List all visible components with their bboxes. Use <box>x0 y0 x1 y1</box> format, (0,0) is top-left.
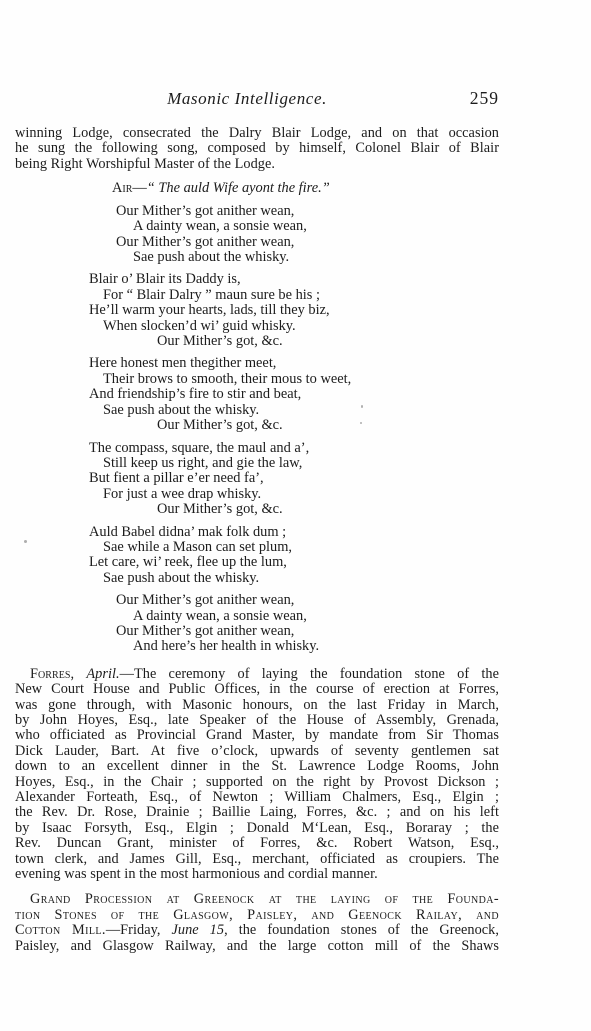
poem-refrain-line: Our Mither’s got, &c. <box>157 418 499 433</box>
prose-line: by John Hoyes, Esq., late Speaker of the… <box>15 713 499 728</box>
book-page: Masonic Intelligence. 259 winning Lodge,… <box>0 0 591 1031</box>
prose-line-dateline: Forres, April.—The ceremony of laying th… <box>15 667 499 682</box>
poem-line: Our Mither’s got anither wean, <box>116 235 499 250</box>
prose-line: Rev. Duncan Grant, minister of Forres, &… <box>15 836 499 851</box>
prose-line: Paisley, and Glasgow Railway, and the la… <box>15 939 499 954</box>
poem-line: Here honest men thegither meet, <box>89 356 499 371</box>
greenock-article: Grand Procession at Greenock at the layi… <box>15 892 499 954</box>
poem-line: Let care, wi’ reek, flee up the lum, <box>89 555 499 570</box>
poem-line: When slocken’d wi’ guid whisky. <box>103 319 499 334</box>
scan-speck <box>361 405 363 408</box>
poem-line: The compass, square, the maul and a’, <box>89 441 499 456</box>
prose-line: who officiated as Provincial Grand Maste… <box>15 728 499 743</box>
poem-line: For “ Blair Dalry ” maun sure be his ; <box>103 288 499 303</box>
song-air-heading: Air—“ The auld Wife ayont the fire.” <box>112 181 499 197</box>
dateline-month: April. <box>86 666 119 682</box>
poem-line: Sae while a Mason can set plum, <box>103 540 499 555</box>
poem-line: He’ll warm your hearts, lads, till they … <box>89 303 499 318</box>
prose-line: he sung the following song, composed by … <box>15 141 499 156</box>
air-label: Air— <box>112 180 147 196</box>
poem-line: Our Mither’s got anither wean, <box>116 624 499 639</box>
prose-line-smallcaps: Grand Procession at Greenock at the layi… <box>15 892 499 907</box>
prose-segment: —The ceremony of laying the foundation s… <box>120 666 499 682</box>
prose-line: town clerk, and James Gill, Esq., mercha… <box>15 852 499 867</box>
prose-line: Hoyes, Esq., in the Chair ; supported on… <box>15 775 499 790</box>
poem-line: And friendship’s fire to stir and beat, <box>89 387 499 402</box>
running-header: Masonic Intelligence. 259 <box>15 0 499 109</box>
dateline-place: Forres, <box>30 666 74 682</box>
poem-refrain-line: Our Mither’s got, &c. <box>157 502 499 517</box>
poem-line: For just a wee drap whisky. <box>103 487 499 502</box>
prose-line-smallcaps: tion Stones of the Glasgow, Paisley, and… <box>15 908 499 923</box>
prose-line: being Right Worshipful Master of the Lod… <box>15 157 499 172</box>
song-stanza-5: Auld Babel didna’ mak folk dum ; Sae whi… <box>15 525 499 587</box>
song-stanza-4: The compass, square, the maul and a’, St… <box>15 441 499 518</box>
scan-speck <box>24 540 27 543</box>
poem-line: A dainty wean, a sonsie wean, <box>133 219 499 234</box>
prose-line: winning Lodge, consecrated the Dalry Bla… <box>15 126 499 141</box>
prose-line: by Isaac Forsyth, Esq., Elgin ; Donald M… <box>15 821 499 836</box>
prose-line-mixed: Cotton Mill.—Friday, June 15, the founda… <box>15 923 499 938</box>
prose-line: the Rev. Dr. Rose, Drainie ; Baillie Lai… <box>15 805 499 820</box>
poem-line: Blair o’ Blair its Daddy is, <box>89 272 499 287</box>
poem-line: Still keep us right, and gie the law, <box>103 456 499 471</box>
poem-line: Our Mither’s got anither wean, <box>116 204 499 219</box>
prose-line: Alexander Forteath, Esq., of Newton ; Wi… <box>15 790 499 805</box>
prose-segment: —Friday, <box>106 922 172 938</box>
song-chorus-closing: Our Mither’s got anither wean, A dainty … <box>15 593 499 655</box>
prose-line: Dick Lauder, Bart. At five o’clock, upwa… <box>15 744 499 759</box>
poem-line: Our Mither’s got anither wean, <box>116 593 499 608</box>
prose-line: New Court House and Public Offices, in t… <box>15 682 499 697</box>
intro-paragraph: winning Lodge, consecrated the Dalry Bla… <box>15 126 499 172</box>
air-tune-title: “ The auld Wife ayont the fire.” <box>147 180 330 196</box>
song-stanza-2: Blair o’ Blair its Daddy is, For “ Blair… <box>15 272 499 349</box>
poem-line: Sae push about the whisky. <box>103 571 499 586</box>
song-stanza-3: Here honest men thegither meet, Their br… <box>15 356 499 433</box>
poem-line: Sae push about the whisky. <box>133 250 499 265</box>
date-italic: June 15 <box>172 922 225 938</box>
poem-refrain-line: Our Mither’s got, &c. <box>157 334 499 349</box>
prose-line: evening was spent in the most harmonious… <box>15 867 499 882</box>
song-chorus-opening: Our Mither’s got anither wean, A dainty … <box>15 204 499 266</box>
prose-line: was gone through, with Masonic honours, … <box>15 698 499 713</box>
prose-line: down to an excellent dinner in the St. L… <box>15 759 499 774</box>
scan-speck <box>360 422 362 424</box>
page-number: 259 <box>337 88 499 109</box>
poem-line: But fient a pillar e’er need fa’, <box>89 471 499 486</box>
page-title: Masonic Intelligence. <box>167 89 327 109</box>
forres-article: Forres, April.—The ceremony of laying th… <box>15 667 499 883</box>
poem-line: And here’s her health in whisky. <box>133 639 499 654</box>
prose-segment: , the foundation stones of the Greenock, <box>224 922 499 938</box>
poem-line: A dainty wean, a sonsie wean, <box>133 609 499 624</box>
article-title-end: Cotton Mill. <box>15 922 106 938</box>
poem-line: Their brows to smooth, their mous to wee… <box>103 372 499 387</box>
poem-line: Sae push about the whisky. <box>103 403 499 418</box>
poem-line: Auld Babel didna’ mak folk dum ; <box>89 525 499 540</box>
